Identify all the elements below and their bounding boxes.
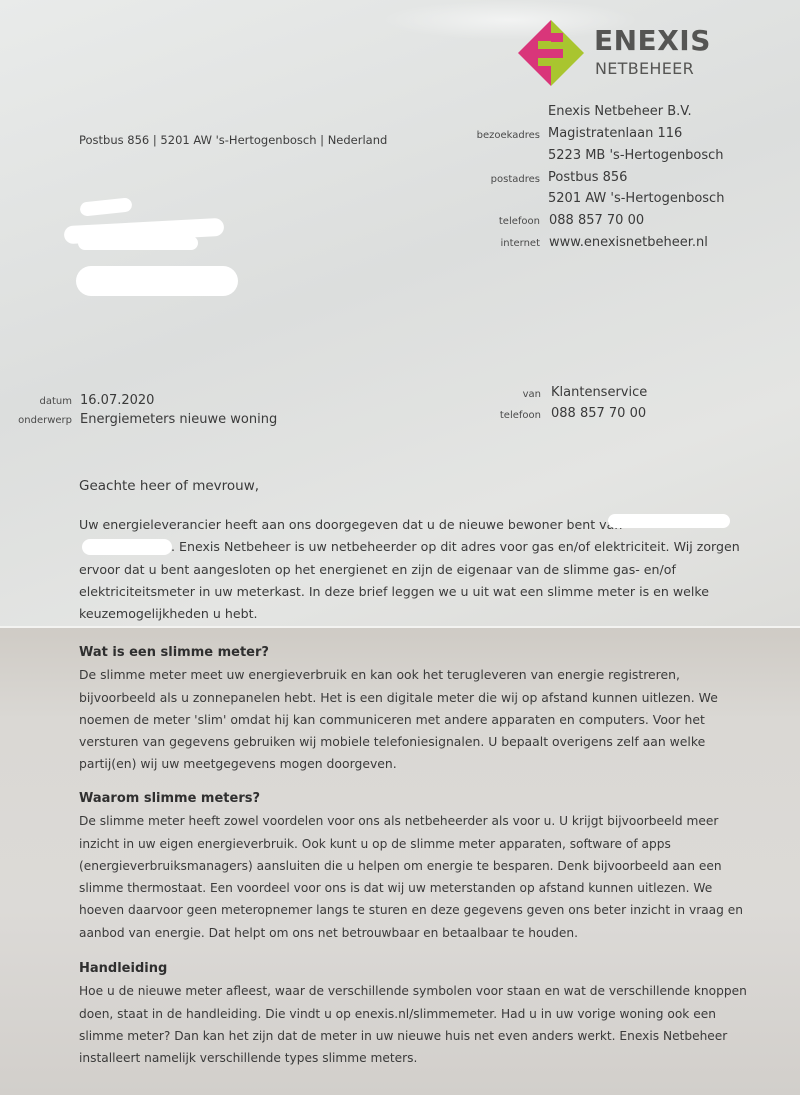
paper-fold bbox=[0, 626, 800, 628]
redacted-address-2 bbox=[82, 539, 172, 555]
section-line: noemen de meter 'slim' omdat hij kan com… bbox=[79, 709, 759, 731]
section-line: hoeven daarvoor geen meteropnemer langs … bbox=[79, 899, 779, 921]
salutation: Geachte heer of mevrouw, bbox=[79, 478, 259, 494]
label-datum: datum bbox=[40, 396, 72, 407]
label-telefoon-contact: telefoon bbox=[500, 410, 541, 421]
intro-line: ervoor dat u bent aangesloten op het ene… bbox=[79, 559, 759, 581]
section-line: aanbod van energie. Dat helpt om ons net… bbox=[79, 922, 779, 944]
enexis-logo: ENEXIS NETBEHEER bbox=[518, 20, 708, 92]
logo-wordmark: ENEXIS bbox=[594, 24, 711, 57]
enexis-diamond-icon bbox=[518, 20, 584, 86]
logo-subtitle: NETBEHEER bbox=[595, 59, 694, 78]
section-line: versturen van gegevens gebruiken wij mob… bbox=[79, 731, 759, 753]
section-line: De slimme meter meet uw energieverbruik … bbox=[79, 664, 759, 686]
intro-line: . Enexis Netbeheer is uw netbeheerder op… bbox=[79, 536, 759, 558]
section-line: (energieverbruiksmanagers) aansluiten di… bbox=[79, 855, 779, 877]
section-line: inzicht in uw eigen energieverbruik. Ook… bbox=[79, 833, 779, 855]
section-heading: Handleiding bbox=[79, 958, 779, 980]
redacted-address-1 bbox=[608, 514, 730, 528]
label-bezoekadres: bezoekadres bbox=[477, 130, 540, 141]
section-line: slimme thermostaat. Een voordeel voor on… bbox=[79, 877, 779, 899]
section-line: bijvoorbeeld als u zonnepanelen hebt. He… bbox=[79, 687, 759, 709]
label-van: van bbox=[523, 389, 541, 400]
section-line: doen, staat in de handleiding. Die vindt… bbox=[79, 1003, 779, 1025]
label-telefoon: telefoon bbox=[499, 216, 540, 227]
section-what-is-smart-meter: Wat is een slimme meter? De slimme meter… bbox=[79, 642, 759, 776]
section-manual: Handleiding Hoe u de nieuwe meter aflees… bbox=[79, 958, 779, 1069]
section-heading: Wat is een slimme meter? bbox=[79, 642, 759, 664]
intro-line: keuzemogelijkheden u hebt. bbox=[79, 603, 759, 625]
label-internet: internet bbox=[500, 238, 540, 249]
label-onderwerp: onderwerp bbox=[18, 415, 72, 426]
section-why-smart-meters: Waarom slimme meters? De slimme meter he… bbox=[79, 788, 779, 944]
section-line: partij(en) wij uw meetgegevens mogen doo… bbox=[79, 753, 759, 775]
section-line: Hoe u de nieuwe meter afleest, waar de v… bbox=[79, 980, 779, 1002]
section-line: slimme meter? Dan kan het zijn dat de me… bbox=[79, 1025, 779, 1047]
return-address: Postbus 856 | 5201 AW 's-Hertogenbosch |… bbox=[79, 133, 387, 147]
section-line: De slimme meter heeft zowel voordelen vo… bbox=[79, 810, 779, 832]
section-line: installeert namelijk verschillende types… bbox=[79, 1047, 779, 1069]
intro-line: elektriciteitsmeter in uw meterkast. In … bbox=[79, 581, 759, 603]
intro-paragraph: Uw energieleverancier heeft aan ons door… bbox=[79, 514, 759, 625]
label-postadres: postadres bbox=[491, 174, 540, 185]
section-heading: Waarom slimme meters? bbox=[79, 788, 779, 810]
